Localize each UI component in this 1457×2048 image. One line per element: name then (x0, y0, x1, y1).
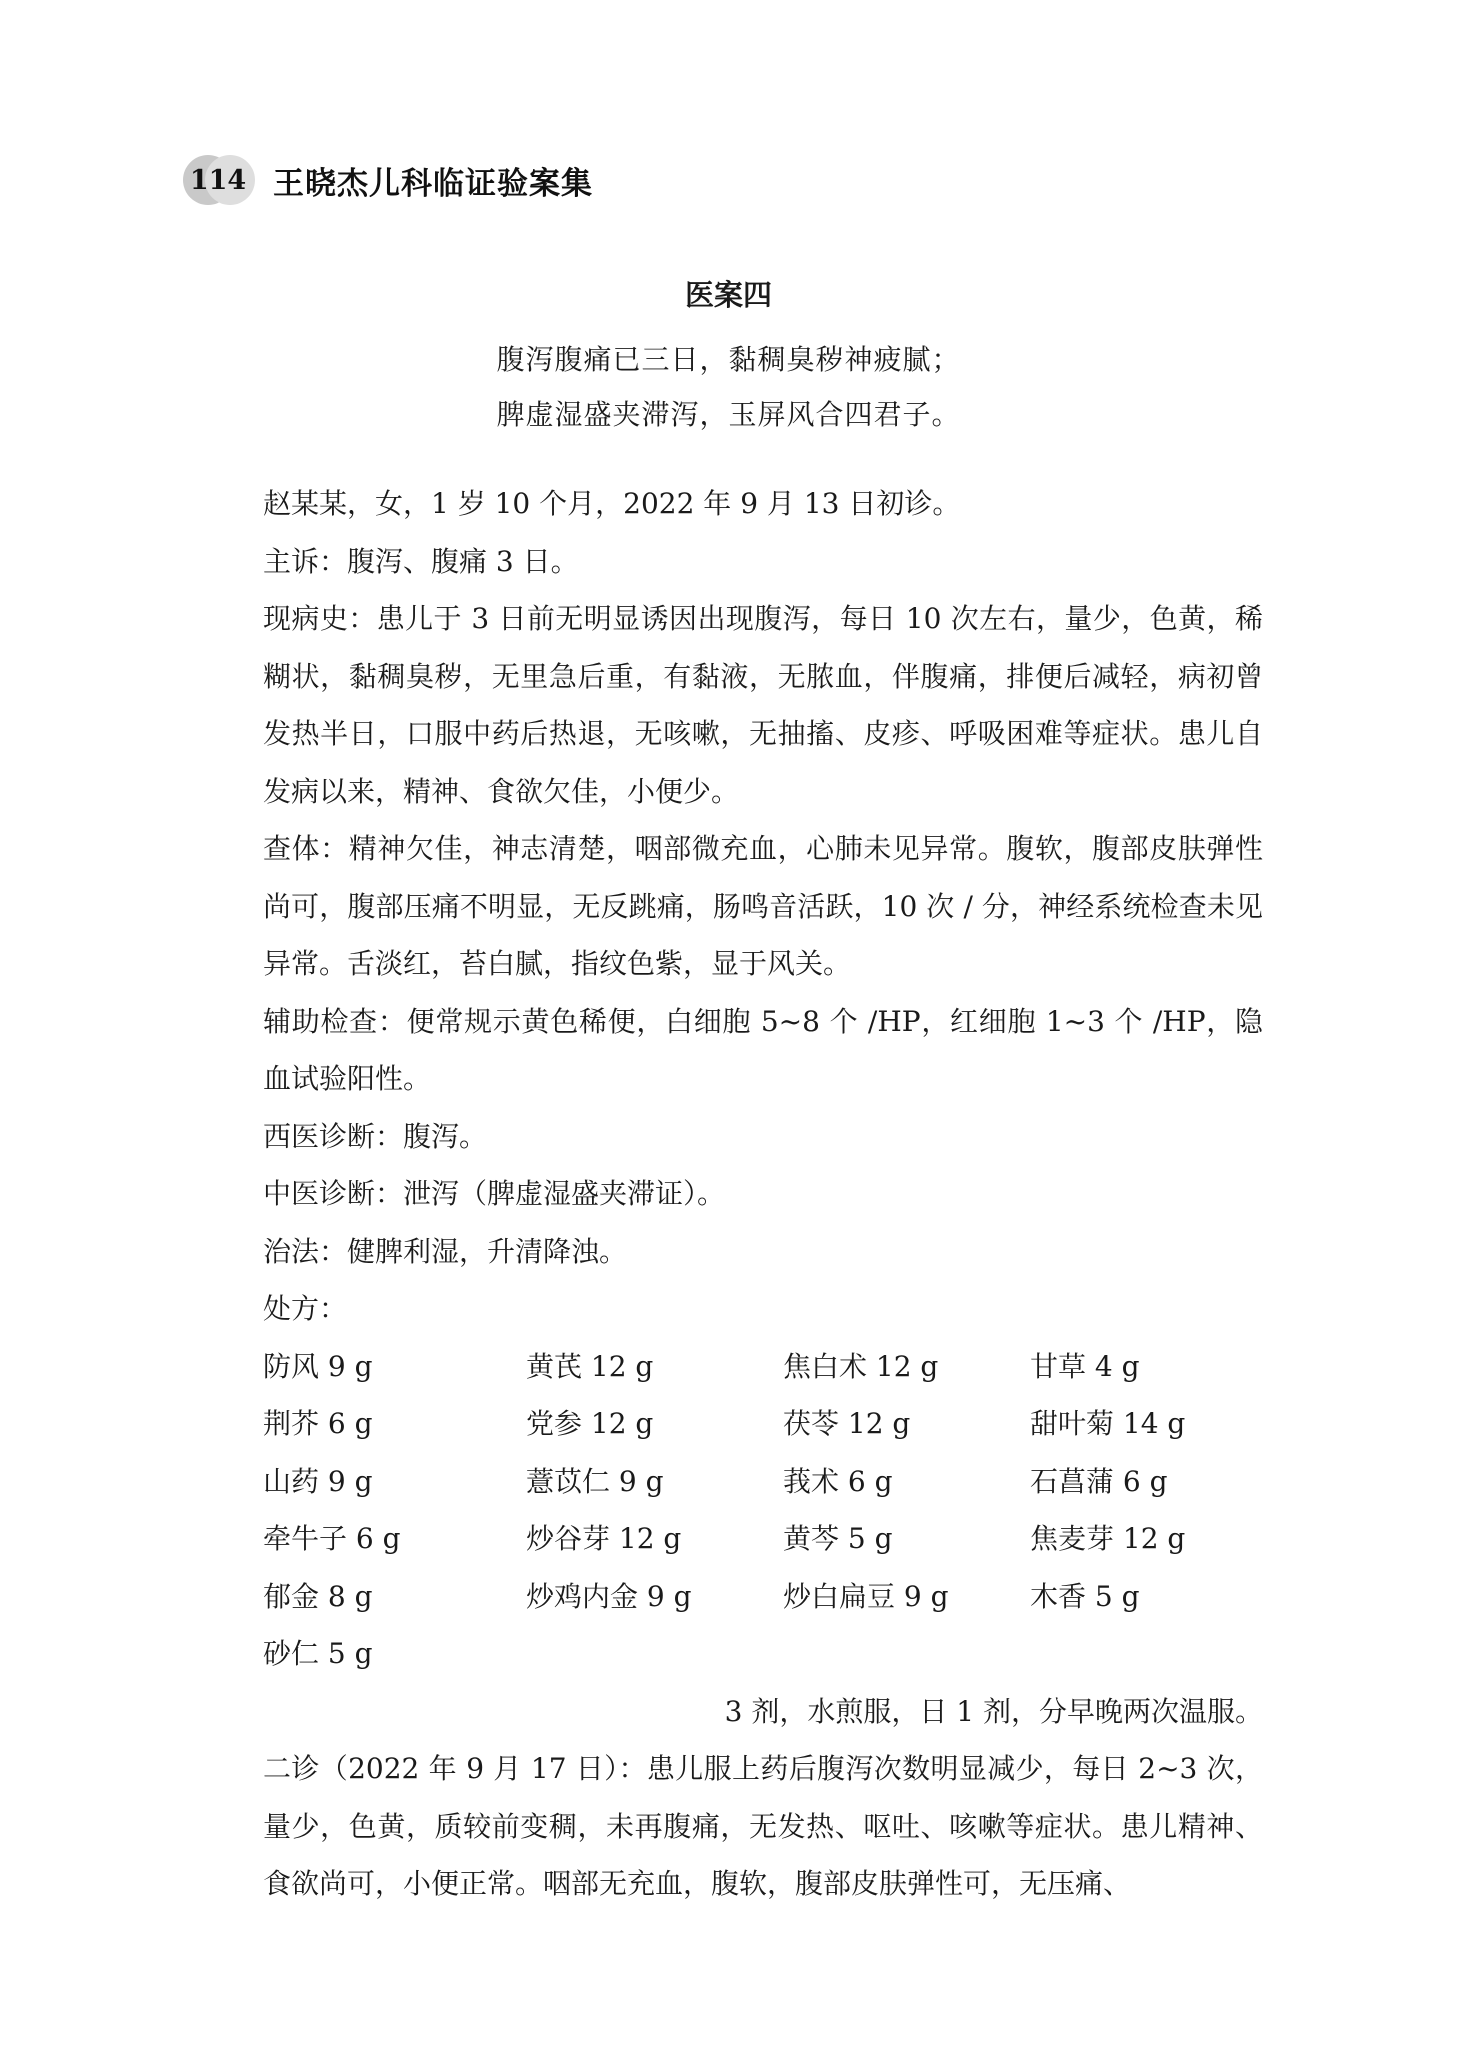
herb-item: 莪术 6 g (783, 1453, 1030, 1511)
herb-item: 牵牛子 6 g (263, 1510, 526, 1568)
herb-item: 炒白扁豆 9 g (783, 1568, 1030, 1626)
herb-item: 郁金 8 g (263, 1568, 526, 1626)
herb-item: 薏苡仁 9 g (526, 1453, 783, 1511)
prescription-label: 处方： (263, 1280, 1263, 1338)
page-number-badge: 114 (183, 153, 253, 207)
physical-exam: 查体：精神欠佳，神志清楚，咽部微充血，心肺未见异常。腹软，腹部皮肤弹性尚可，腹部… (263, 820, 1263, 993)
herb-item: 山药 9 g (263, 1453, 526, 1511)
herb-item: 党参 12 g (526, 1395, 783, 1453)
herb-item: 黄芪 12 g (526, 1338, 783, 1396)
herb-item: 防风 9 g (263, 1338, 526, 1396)
book-title: 王晓杰儿科临证验案集 (273, 158, 593, 203)
herb-item: 砂仁 5 g (263, 1625, 526, 1683)
herb-item: 荆芥 6 g (263, 1395, 526, 1453)
second-visit: 二诊（2022 年 9 月 17 日）：患儿服上药后腹泻次数明显减少，每日 2~… (263, 1740, 1263, 1913)
prescription-list: 防风 9 g 黄芪 12 g 焦白术 12 g 甘草 4 g 荆芥 6 g 党参… (263, 1338, 1263, 1683)
chief-complaint: 主诉：腹泻、腹痛 3 日。 (263, 533, 1263, 591)
case-body: 赵某某，女，1 岁 10 个月，2022 年 9 月 13 日初诊。 主诉：腹泻… (263, 475, 1263, 1913)
herb-item: 焦白术 12 g (783, 1338, 1030, 1396)
herb-item: 木香 5 g (1030, 1568, 1263, 1626)
auxiliary-exam: 辅助检查：便常规示黄色稀便，白细胞 5~8 个 /HP，红细胞 1~3 个 /H… (263, 993, 1263, 1108)
page-number: 114 (183, 153, 253, 207)
herb-item: 石菖蒲 6 g (1030, 1453, 1263, 1511)
herb-item: 黄芩 5 g (783, 1510, 1030, 1568)
treatment-principle: 治法：健脾利湿，升清降浊。 (263, 1223, 1263, 1281)
herb-item: 炒鸡内金 9 g (526, 1568, 783, 1626)
herb-item: 焦麦芽 12 g (1030, 1510, 1263, 1568)
verse-line-1: 腹泻腹痛已三日，黏稠臭秽神疲腻； (0, 338, 1457, 378)
running-header: 114 王晓杰儿科临证验案集 (183, 150, 593, 210)
herb-item: 茯苓 12 g (783, 1395, 1030, 1453)
western-diagnosis: 西医诊断：腹泻。 (263, 1108, 1263, 1166)
verse-line-2: 脾虚湿盛夹滞泻，玉屏风合四君子。 (0, 393, 1457, 433)
dosage-note: 3 剂，水煎服，日 1 剂，分早晚两次温服。 (263, 1683, 1263, 1741)
case-title: 医案四 (0, 273, 1457, 314)
herb-item: 炒谷芽 12 g (526, 1510, 783, 1568)
herb-item: 甘草 4 g (1030, 1338, 1263, 1396)
tcm-diagnosis: 中医诊断：泄泻（脾虚湿盛夹滞证）。 (263, 1165, 1263, 1223)
patient-info: 赵某某，女，1 岁 10 个月，2022 年 9 月 13 日初诊。 (263, 475, 1263, 533)
present-history: 现病史：患儿于 3 日前无明显诱因出现腹泻，每日 10 次左右，量少，色黄，稀糊… (263, 590, 1263, 820)
herb-item: 甜叶菊 14 g (1030, 1395, 1263, 1453)
